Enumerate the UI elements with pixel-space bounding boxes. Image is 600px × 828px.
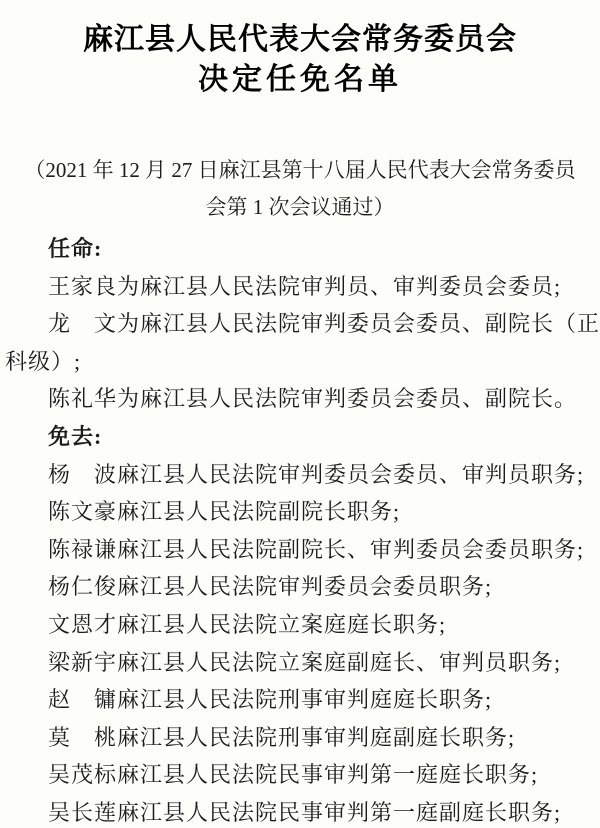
appointment-line-continuation: 科级）; <box>0 343 600 381</box>
title-line-2: 决定任免名单 <box>0 60 600 100</box>
removal-line: 陈文豪麻江县人民法院副院长职务; <box>0 493 600 531</box>
removals-section-heading: 免去: <box>0 418 600 456</box>
document-title: 麻江县人民代表大会常务委员会 决定任免名单 <box>0 0 600 100</box>
removal-line: 赵 镛麻江县人民法院刑事审判庭庭长职务; <box>0 681 600 719</box>
removal-line: 杨仁俊麻江县人民法院审判委员会委员职务; <box>0 568 600 606</box>
meeting-note-line-2: 会第 1 次会议通过） <box>0 189 600 226</box>
removal-line: 杨 波麻江县人民法院审判委员会委员、审判员职务; <box>0 456 600 494</box>
appointment-line: 王家良为麻江县人民法院审判员、审判委员会委员; <box>0 268 600 306</box>
document-body: 任命: 王家良为麻江县人民法院审判员、审判委员会委员; 龙 文为麻江县人民法院审… <box>0 230 600 828</box>
meeting-note-line-1: （2021 年 12 月 27 日麻江县第十八届人民代表大会常务委员 <box>0 152 600 189</box>
removal-line: 莫 桃麻江县人民法院刑事审判庭副庭长职务; <box>0 719 600 757</box>
removal-line: 陈禄谦麻江县人民法院副院长、审判委员会委员职务; <box>0 531 600 569</box>
appointment-line: 陈礼华为麻江县人民法院审判委员会委员、副院长。 <box>0 380 600 418</box>
appointments-section-heading: 任命: <box>0 230 600 268</box>
appointment-line: 龙 文为麻江县人民法院审判委员会委员、副院长（正 <box>0 305 600 343</box>
removal-line: 吴长莲麻江县人民法院民事审判第一庭副庭长职务; <box>0 794 600 828</box>
removal-line: 文恩才麻江县人民法院立案庭庭长职务; <box>0 606 600 644</box>
removal-line: 梁新宇麻江县人民法院立案庭副庭长、审判员职务; <box>0 644 600 682</box>
title-line-1: 麻江县人民代表大会常务委员会 <box>0 20 600 60</box>
removal-line: 吴茂标麻江县人民法院民事审判第一庭庭长职务; <box>0 756 600 794</box>
meeting-note: （2021 年 12 月 27 日麻江县第十八届人民代表大会常务委员 会第 1 … <box>0 152 600 226</box>
scanned-document-page: 麻江县人民代表大会常务委员会 决定任免名单 （2021 年 12 月 27 日麻… <box>0 0 600 828</box>
